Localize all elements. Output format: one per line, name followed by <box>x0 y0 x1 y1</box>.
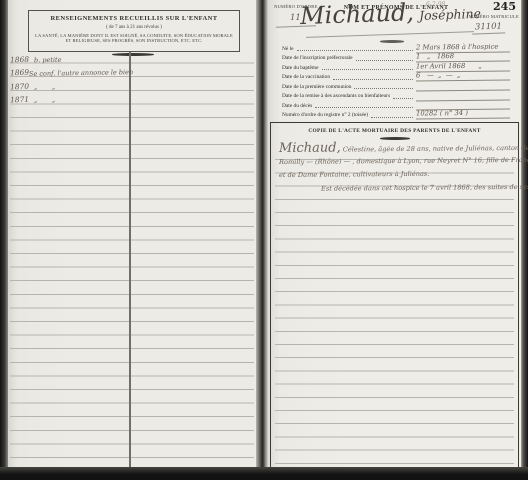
form-label: Date de la remise à des ascendants ou bi… <box>282 93 390 100</box>
form-label: Né le <box>282 46 294 53</box>
form-label: Date du baptême <box>282 65 319 72</box>
death-act-handwriting: Michaud, Célestine, âgée de 28 ans, nati… <box>279 141 512 194</box>
dotted-leader <box>371 117 413 118</box>
book-bottom-edge <box>0 467 528 480</box>
handwritten-entries: 1868 b. petite 1869 Se conf. l'autre ann… <box>10 50 128 104</box>
dotted-leader <box>333 79 413 80</box>
child-firstname: Joséphine <box>419 6 481 23</box>
entry-year: 1871 <box>10 95 34 105</box>
child-surname: Michaud, <box>300 0 415 30</box>
entry-note: b. petite <box>34 55 62 63</box>
form-label: Date de la vaccination <box>282 74 330 81</box>
form-row: Date de l'inscription préfectorale 1 „ 1… <box>282 53 510 63</box>
entry-note: „ „ <box>34 96 55 104</box>
form-row: Date de la première communion <box>282 81 510 91</box>
name-underline-flourish <box>306 31 474 38</box>
entry-row: 1868 b. petite <box>10 50 128 64</box>
death-act-title: COPIE DE L'ACTE MORTUAIRE DES PARENTS DE… <box>271 128 518 134</box>
form-value: 6 — „ — „ <box>416 72 510 82</box>
form-value: 1 „ 1868 <box>416 53 510 63</box>
entry-year: 1868 <box>10 54 34 64</box>
entry-row: 1870 „ „ <box>10 77 128 91</box>
left-page-header-box: RENSEIGNEMENTS RECUEILLIS SUR L'ENFANT (… <box>28 10 240 52</box>
form-row: Date de la vaccination 6 — „ — „ <box>282 72 510 82</box>
handwriting-text: Célestine, âgée de 28 ans, native de Jul… <box>343 144 528 154</box>
entry-row: 1871 „ „ <box>10 91 128 105</box>
dotted-leader <box>356 60 413 61</box>
entry-year: 1869 <box>10 68 29 78</box>
left-page-note: LA SANTÉ, LA MANIÈRE DONT IL EST SOIGNÉ,… <box>29 33 239 43</box>
form-label: Date du décès <box>282 103 312 110</box>
left-page-title: RENSEIGNEMENTS RECUEILLIS SUR L'ENFANT <box>29 15 239 22</box>
form-label: Date de l'inscription préfectorale <box>282 55 353 62</box>
left-page: RENSEIGNEMENTS RECUEILLIS SUR L'ENFANT (… <box>8 0 256 468</box>
book-gutter <box>256 0 268 470</box>
ornamental-rule <box>380 137 410 140</box>
form-label: Numéro d'ordre du registre n° 2 (toisée) <box>282 112 368 119</box>
form-row: Date de la remise à des ascendants ou bi… <box>282 91 510 101</box>
form-value <box>416 98 510 100</box>
book-left-edge <box>0 0 8 470</box>
ruled-lines <box>10 50 254 468</box>
form-row: Date du baptême 1er Avril 1868 „ <box>282 62 510 72</box>
entry-note: „ „ <box>34 83 55 91</box>
entry-row: 1869 Se conf. l'autre annonce le bien <box>10 64 128 78</box>
death-act-box: COPIE DE L'ACTE MORTUAIRE DES PARENTS DE… <box>270 122 519 469</box>
handwriting-line: Est décédée dans cet hospice le 7 avril … <box>279 180 512 195</box>
dotted-leader <box>354 88 413 89</box>
left-page-subtitle: ( de 7 ans à 21 ans révolus ) <box>29 25 239 30</box>
right-page: NUMÉRO D'ORDRE 11 NOM ET PRÉNOMS DE L'EN… <box>268 0 521 470</box>
vital-dates-form: Né le 2 Mars 1868 à l'hospice Date de l'… <box>282 43 510 119</box>
form-row: Date du décès <box>282 100 510 110</box>
child-name-handwritten: Michaud, Joséphine <box>300 0 482 30</box>
form-label: Date de la première communion <box>282 84 351 91</box>
register-scan: RENSEIGNEMENTS RECUEILLIS SUR L'ENFANT (… <box>0 0 528 480</box>
dotted-leader <box>315 107 413 108</box>
form-row: Né le 2 Mars 1868 à l'hospice <box>282 43 510 53</box>
book-right-edge <box>521 0 528 470</box>
dotted-leader <box>322 69 413 70</box>
form-row: Numéro d'ordre du registre n° 2 (toisée)… <box>282 110 510 120</box>
dotted-leader <box>297 50 413 51</box>
entry-year: 1870 <box>10 81 34 91</box>
column-divider <box>129 52 131 467</box>
dotted-leader <box>393 98 413 99</box>
form-value: 10282 ( n° 34 ) <box>416 110 510 120</box>
page-number: 245 <box>493 0 516 13</box>
